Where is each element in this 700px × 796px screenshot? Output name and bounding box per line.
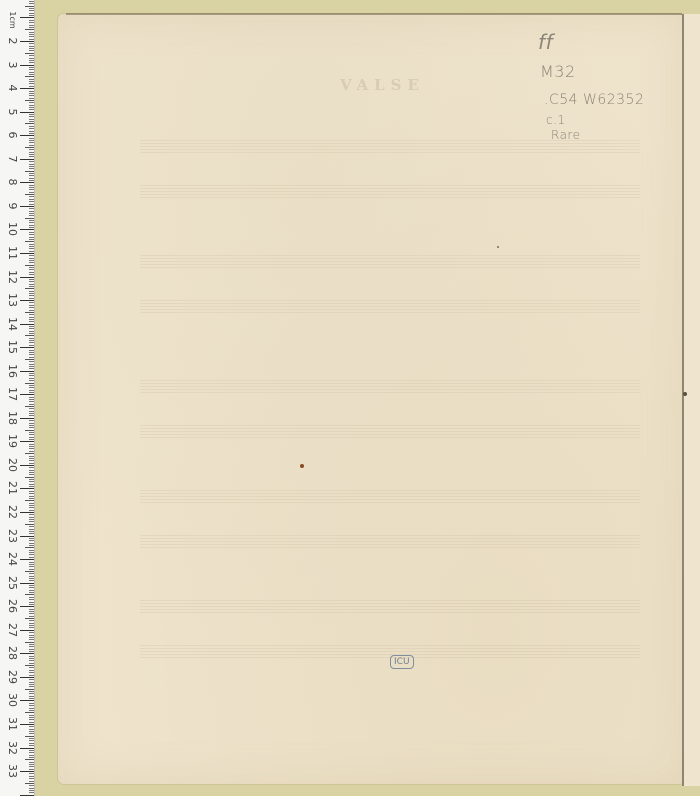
ruler-tick (25, 783, 34, 784)
ghost-staff-line (140, 312, 640, 313)
ruler-tick (29, 173, 34, 174)
ruler-tick (29, 368, 34, 369)
ghost-staff-line (140, 606, 640, 607)
ruler-tick (29, 175, 34, 176)
ruler-tick (29, 764, 34, 765)
ruler-tick (29, 404, 34, 405)
ruler-tick (29, 616, 34, 617)
ruler-tick (29, 785, 34, 786)
ruler-tick (29, 269, 34, 270)
ruler-cm-label: 18 (6, 407, 18, 429)
ruler-tick (20, 41, 34, 42)
ruler-tick (29, 554, 34, 555)
ruler-tick (29, 211, 34, 212)
ruler-tick (29, 156, 34, 157)
ruler-tick (29, 302, 34, 303)
ruler-cm-label: 21 (6, 477, 18, 499)
ruler-tick (29, 778, 34, 779)
ruler-tick (29, 67, 34, 68)
ruler-tick (25, 665, 34, 666)
ruler-cm-label: 29 (6, 666, 18, 688)
ruler-tick (29, 566, 34, 567)
ruler-tick (29, 225, 34, 226)
ruler-tick (20, 347, 34, 348)
measuring-ruler: 1cm 234567891011121314151617181920212223… (0, 0, 35, 796)
ruler-tick (20, 206, 34, 207)
ghost-staff-line (140, 152, 640, 153)
ruler-tick (29, 481, 34, 482)
pencil-annotation-cutter: .C54 W62352 (544, 92, 644, 108)
ruler-tick (29, 189, 34, 190)
ghost-staff-line (140, 603, 640, 604)
ruler-tick (29, 1, 34, 2)
ruler-tick (29, 788, 34, 789)
ruler-tick (29, 357, 34, 358)
ruler-tick (25, 53, 34, 54)
ruler-tick (29, 187, 34, 188)
ruler-tick (20, 65, 34, 66)
ghost-staff-line (140, 300, 640, 301)
ghost-staff-line (140, 392, 640, 393)
ruler-tick (29, 635, 34, 636)
ruler-tick (29, 340, 34, 341)
ruler-tick (29, 13, 34, 14)
ghost-staff-line (140, 258, 640, 259)
ruler-tick (29, 623, 34, 624)
ruler-tick (29, 401, 34, 402)
ruler-tick (29, 295, 34, 296)
ruler-tick (29, 237, 34, 238)
ruler-tick (29, 255, 34, 256)
ruler-tick (29, 27, 34, 28)
ghost-staff-line (140, 383, 640, 384)
ruler-tick (20, 748, 34, 749)
ruler-cm-label: 4 (6, 77, 18, 99)
ruler-tick (29, 244, 34, 245)
ruler-tick (29, 142, 34, 143)
ruler-tick (29, 486, 34, 487)
ruler-tick (29, 338, 34, 339)
ruler-tick (29, 79, 34, 80)
ruler-tick (29, 185, 34, 186)
ruler-tick (29, 696, 34, 697)
ruler-tick (29, 307, 34, 308)
ruler-tick (29, 444, 34, 445)
ruler-tick (29, 705, 34, 706)
ruler-tick (25, 265, 34, 266)
ruler-tick (29, 413, 34, 414)
ruler-tick (29, 667, 34, 668)
ruler-tick (25, 194, 34, 195)
ruler-tick (29, 345, 34, 346)
ruler-tick (29, 658, 34, 659)
ruler-tick (29, 557, 34, 558)
ruler-tick (29, 298, 34, 299)
ruler-tick (29, 284, 34, 285)
ghost-staff-line (140, 547, 640, 548)
ruler-cm-label: 33 (6, 760, 18, 782)
ghost-staff-line (140, 306, 640, 307)
ruler-tick (29, 521, 34, 522)
ruler-tick (29, 91, 34, 92)
ruler-tick (20, 724, 34, 725)
ruler-tick (25, 383, 34, 384)
ruler-tick (29, 378, 34, 379)
ruler-tick (25, 147, 34, 148)
ruler-tick (25, 500, 34, 501)
ghost-staff-line (140, 496, 640, 497)
ruler-cm-label: 27 (6, 619, 18, 641)
ruler-tick (29, 467, 34, 468)
ruler-cm-label: 9 (6, 195, 18, 217)
ruler-tick (29, 305, 34, 306)
ruler-cm-label: 17 (6, 383, 18, 405)
ruler-tick (29, 399, 34, 400)
ruler-tick (25, 736, 34, 737)
ruler-tick (29, 639, 34, 640)
ruler-cm-label: 30 (6, 689, 18, 711)
ruler-tick (29, 434, 34, 435)
ruler-tick (29, 36, 34, 37)
ruler-tick (25, 6, 34, 7)
ruler-tick (29, 232, 34, 233)
ruler-tick (20, 606, 34, 607)
ruler-tick (29, 762, 34, 763)
pencil-annotation-copy: c.1 (546, 113, 566, 127)
ruler-tick (25, 453, 34, 454)
ruler-tick (29, 114, 34, 115)
ruler-tick (29, 766, 34, 767)
ruler-tick (29, 529, 34, 530)
ruler-tick (29, 474, 34, 475)
sheet-music-page-back (58, 14, 682, 784)
ruler-tick (29, 145, 34, 146)
ghost-staff-line (140, 149, 640, 150)
ruler-tick (29, 55, 34, 56)
ruler-tick (29, 545, 34, 546)
ruler-tick (29, 408, 34, 409)
ruler-tick (29, 686, 34, 687)
foxing-spot (300, 464, 304, 468)
ruler-tick (29, 750, 34, 751)
ruler-tick (29, 15, 34, 16)
ruler-tick (29, 62, 34, 63)
ruler-tick (29, 196, 34, 197)
ruler-tick (29, 510, 34, 511)
ruler-tick (29, 693, 34, 694)
ghost-staff-line (140, 428, 640, 429)
ruler-tick (25, 312, 34, 313)
ruler-tick (20, 17, 34, 18)
ghost-staff-line (140, 502, 640, 503)
ruler-cm-label: 32 (6, 737, 18, 759)
ruler-tick (29, 733, 34, 734)
ghost-staff-line (140, 261, 640, 262)
ghost-staff-line (140, 544, 640, 545)
ghost-staff-line (140, 425, 640, 426)
ruler-tick (29, 199, 34, 200)
ruler-tick (29, 632, 34, 633)
ruler-tick (29, 717, 34, 718)
ruler-tick (29, 552, 34, 553)
ghost-staff-line (140, 609, 640, 610)
ruler-tick (29, 310, 34, 311)
ruler-tick (29, 72, 34, 73)
ruler-cm-label: 14 (6, 313, 18, 335)
ruler-tick (29, 364, 34, 365)
ruler-tick (25, 547, 34, 548)
ruler-tick (29, 133, 34, 134)
ruler-tick (29, 611, 34, 612)
ruler-tick (29, 580, 34, 581)
ruler-tick (29, 446, 34, 447)
ruler-tick (29, 74, 34, 75)
ruler-tick (29, 32, 34, 33)
ruler-tick (29, 274, 34, 275)
ruler-tick (25, 123, 34, 124)
ghost-staff-line (140, 255, 640, 256)
ruler-tick (29, 272, 34, 273)
ruler-tick (29, 719, 34, 720)
ruler-cm-label: 22 (6, 501, 18, 523)
ruler-tick (29, 39, 34, 40)
ruler-cm-label: 19 (6, 430, 18, 452)
ruler-tick (29, 102, 34, 103)
ghost-staff-line (140, 188, 640, 189)
ruler-unit-label: 1cm (6, 9, 18, 31)
ruler-tick (29, 281, 34, 282)
ruler-tick (29, 326, 34, 327)
ruler-tick (29, 352, 34, 353)
ruler-tick (29, 180, 34, 181)
ghost-staff-line (140, 437, 640, 438)
ruler-tick (29, 138, 34, 139)
ruler-tick (20, 559, 34, 560)
ruler-tick (25, 218, 34, 219)
ruler-cm-label: 8 (6, 171, 18, 193)
ruler-tick (29, 81, 34, 82)
ruler-tick (29, 649, 34, 650)
ruler-tick (29, 168, 34, 169)
ruler-tick (29, 533, 34, 534)
ruler-tick (29, 651, 34, 652)
ruler-tick (29, 470, 34, 471)
ruler-tick (29, 743, 34, 744)
ruler-tick (29, 411, 34, 412)
ruler-tick (29, 267, 34, 268)
ruler-cm-label: 6 (6, 124, 18, 146)
page-top-edge (66, 13, 682, 15)
ruler-tick (29, 670, 34, 671)
ghost-staff-line (140, 490, 640, 491)
ruler-tick (29, 604, 34, 605)
ghost-staff-line (140, 645, 640, 646)
ruler-tick (29, 119, 34, 120)
ruler-tick (29, 752, 34, 753)
ruler-tick (29, 531, 34, 532)
ruler-tick (20, 771, 34, 772)
ruler-tick (29, 34, 34, 35)
ruler-tick (29, 708, 34, 709)
ruler-tick (29, 116, 34, 117)
ruler-tick (29, 342, 34, 343)
ruler-tick (29, 392, 34, 393)
ruler-tick (29, 126, 34, 127)
ghost-staff-line (140, 386, 640, 387)
ruler-tick (29, 260, 34, 261)
ruler-cm-label: 31 (6, 713, 18, 735)
ruler-tick (29, 319, 34, 320)
ruler-tick (29, 602, 34, 603)
ruler-tick (29, 397, 34, 398)
ruler-tick (29, 95, 34, 96)
ruler-tick (29, 620, 34, 621)
ruler-tick (29, 121, 34, 122)
ruler-tick (25, 571, 34, 572)
ruler-tick (29, 154, 34, 155)
ruler-tick (20, 653, 34, 654)
ruler-tick (29, 164, 34, 165)
ruler-tick (29, 425, 34, 426)
pencil-annotation-ff: ff (538, 30, 553, 54)
ruler-tick (29, 178, 34, 179)
ruler-tick (25, 594, 34, 595)
ghost-staff-line (140, 538, 640, 539)
ruler-tick (29, 166, 34, 167)
ruler-tick (29, 262, 34, 263)
ruler-tick (29, 776, 34, 777)
ghost-staff-line (140, 191, 640, 192)
ruler-tick (29, 98, 34, 99)
ruler-tick (29, 58, 34, 59)
ruler-tick (29, 208, 34, 209)
ruler-tick (29, 234, 34, 235)
ruler-tick (29, 333, 34, 334)
ruler-cm-label: 2 (6, 30, 18, 52)
ruler-tick (29, 597, 34, 598)
ruler-tick (29, 366, 34, 367)
ruler-tick (20, 277, 34, 278)
ruler-tick (29, 390, 34, 391)
ruler-tick (25, 241, 34, 242)
ruler-tick (29, 578, 34, 579)
ruler-tick (29, 22, 34, 23)
ruler-tick (29, 675, 34, 676)
ruler-tick (29, 373, 34, 374)
ruler-tick (29, 498, 34, 499)
ruler-tick (20, 182, 34, 183)
ruler-tick (29, 627, 34, 628)
ruler-tick (29, 682, 34, 683)
ghost-staff-line (140, 654, 640, 655)
ruler-tick (20, 418, 34, 419)
ghost-staff-line (140, 146, 640, 147)
ruler-tick (25, 689, 34, 690)
ruler-tick (29, 456, 34, 457)
ruler-cm-label: 3 (6, 54, 18, 76)
ruler-tick (29, 291, 34, 292)
ruler-tick (25, 712, 34, 713)
ruler-tick (29, 83, 34, 84)
ruler-tick (29, 679, 34, 680)
ruler-tick (20, 583, 34, 584)
ruler-tick (29, 152, 34, 153)
ruler-tick (29, 448, 34, 449)
ruler-tick (20, 253, 34, 254)
ruler-tick (29, 656, 34, 657)
ruler-tick (29, 731, 34, 732)
ghost-staff-line (140, 185, 640, 186)
ruler-tick (29, 472, 34, 473)
ruler-tick (29, 48, 34, 49)
ruler-tick (29, 599, 34, 600)
ruler-tick (29, 503, 34, 504)
ruler-tick (29, 517, 34, 518)
ruler-tick (29, 740, 34, 741)
ruler-tick (29, 540, 34, 541)
ruler-tick (20, 394, 34, 395)
ruler-tick (29, 672, 34, 673)
ghost-staff-line (140, 612, 640, 613)
ruler-tick (29, 505, 34, 506)
ruler-tick (29, 149, 34, 150)
ruler-tick (29, 387, 34, 388)
ruler-tick (29, 317, 34, 318)
ruler-tick (29, 213, 34, 214)
ruler-tick (29, 8, 34, 9)
ruler-tick (29, 590, 34, 591)
ruler-tick (29, 609, 34, 610)
ruler-tick (29, 790, 34, 791)
ruler-tick (29, 109, 34, 110)
ruler-tick (29, 140, 34, 141)
ruler-tick (25, 29, 34, 30)
ghost-staff-line (140, 197, 640, 198)
ruler-tick (25, 477, 34, 478)
ruler-tick (29, 227, 34, 228)
ruler-tick (29, 755, 34, 756)
ruler-cm-label: 16 (6, 360, 18, 382)
ruler-tick (20, 112, 34, 113)
ruler-tick (29, 769, 34, 770)
ruler-tick (20, 700, 34, 701)
ruler-tick (29, 496, 34, 497)
ghost-staff-line (140, 600, 640, 601)
ruler-cm-label: 13 (6, 289, 18, 311)
adjacent-page-edge (682, 14, 700, 786)
ruler-tick (29, 684, 34, 685)
ruler-tick (29, 20, 34, 21)
ruler-tick (29, 50, 34, 51)
ruler-tick (29, 458, 34, 459)
ruler-tick (29, 427, 34, 428)
ruler-tick (29, 204, 34, 205)
ruler-tick (29, 60, 34, 61)
ruler-tick (29, 46, 34, 47)
ruler-tick (29, 660, 34, 661)
ruler-cm-label: 23 (6, 525, 18, 547)
ruler-tick (29, 550, 34, 551)
ruler-tick (29, 331, 34, 332)
ruler-tick (25, 100, 34, 101)
ruler-tick (29, 691, 34, 692)
ruler-tick (29, 757, 34, 758)
ghost-staff-line (140, 535, 640, 536)
ruler-tick (29, 423, 34, 424)
ruler-tick (29, 514, 34, 515)
ruler-tick (29, 519, 34, 520)
ruler-tick (25, 288, 34, 289)
